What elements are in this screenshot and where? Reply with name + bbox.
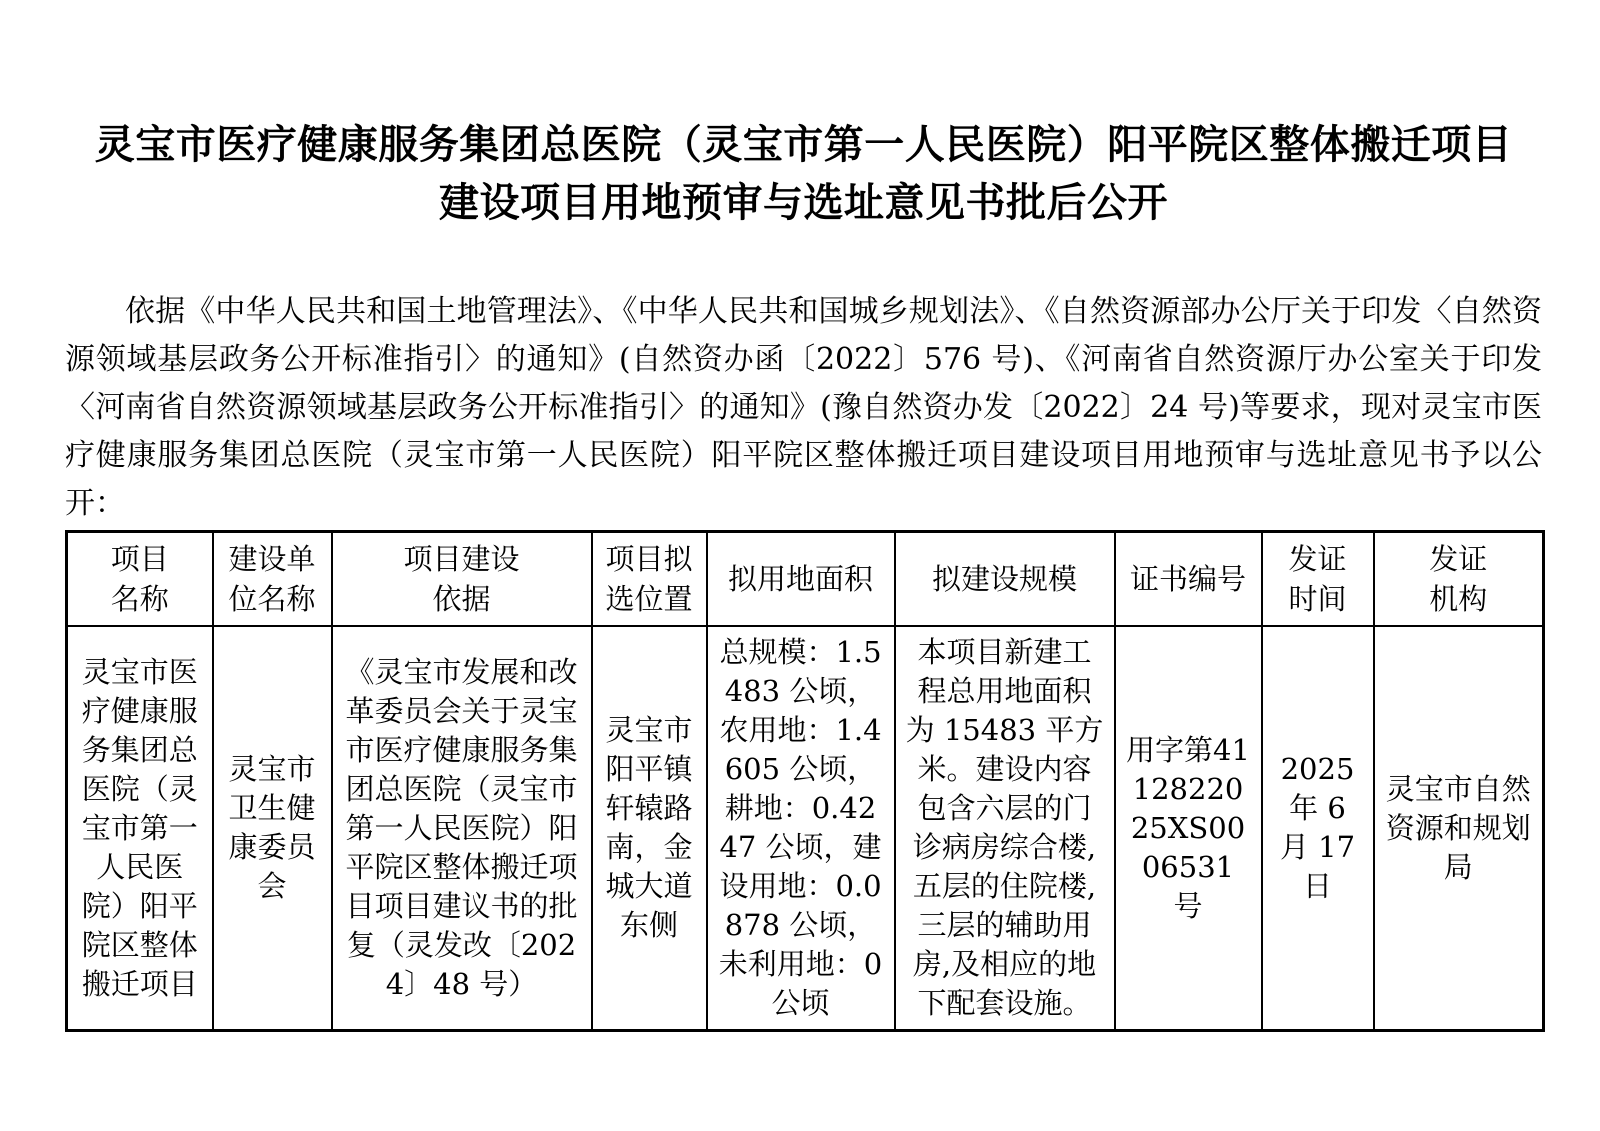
header-land-area: 拟用地面积 (707, 532, 895, 627)
cell-project-name: 灵宝市医疗健康服务集团总医院（灵宝市第一人民医院）阳平院区整体搬迁项目 (67, 626, 213, 1031)
header-proposed-location: 项目拟 选位置 (592, 532, 707, 627)
header-issuing-authority: 发证 机构 (1374, 532, 1544, 627)
intro-paragraph: 依据《中华人民共和国土地管理法》、《中华人民共和国城乡规划法》、《自然资源部办公… (65, 288, 1542, 528)
cell-proposed-location: 灵宝市阳平镇轩辕路南，金城大道东侧 (592, 626, 707, 1031)
cell-construction-scale: 本项目新建工程总用地面积为 15483 平方米。建设内容包含六层的门诊病房综合楼… (895, 626, 1115, 1031)
cell-land-area: 总规模：1.5483 公顷，农用地：1.4605 公顷，耕地：0.4247 公顷… (707, 626, 895, 1031)
cell-certificate-no: 用字第4112822025XS0006531 号 (1115, 626, 1262, 1031)
cell-construction-unit: 灵宝市卫生健康委员会 (213, 626, 332, 1031)
header-certificate-no: 证书编号 (1115, 532, 1262, 627)
cell-issue-date: 2025 年 6 月 17 日 (1262, 626, 1374, 1031)
cell-construction-basis: 《灵宝市发展和改革委员会关于灵宝市医疗健康服务集团总医院（灵宝市第一人民医院）阳… (332, 626, 592, 1031)
header-construction-scale: 拟建设规模 (895, 532, 1115, 627)
page-title: 灵宝市医疗健康服务集团总医院（灵宝市第一人民医院）阳平院区整体搬迁项目 建设项目… (65, 116, 1542, 232)
header-construction-unit: 建设单 位名称 (213, 532, 332, 627)
approval-table: 项目 名称 建设单 位名称 项目建设 依据 项目拟 选位置 拟用地面积 拟建设规… (65, 530, 1545, 1032)
header-project-name: 项目 名称 (67, 532, 213, 627)
header-issue-date: 发证 时间 (1262, 532, 1374, 627)
document-page: 灵宝市医疗健康服务集团总医院（灵宝市第一人民医院）阳平院区整体搬迁项目 建设项目… (65, 0, 1542, 1032)
table-header-row: 项目 名称 建设单 位名称 项目建设 依据 项目拟 选位置 拟用地面积 拟建设规… (67, 532, 1544, 627)
table-row: 灵宝市医疗健康服务集团总医院（灵宝市第一人民医院）阳平院区整体搬迁项目 灵宝市卫… (67, 626, 1544, 1031)
header-construction-basis: 项目建设 依据 (332, 532, 592, 627)
cell-issuing-authority: 灵宝市自然资源和规划局 (1374, 626, 1544, 1031)
